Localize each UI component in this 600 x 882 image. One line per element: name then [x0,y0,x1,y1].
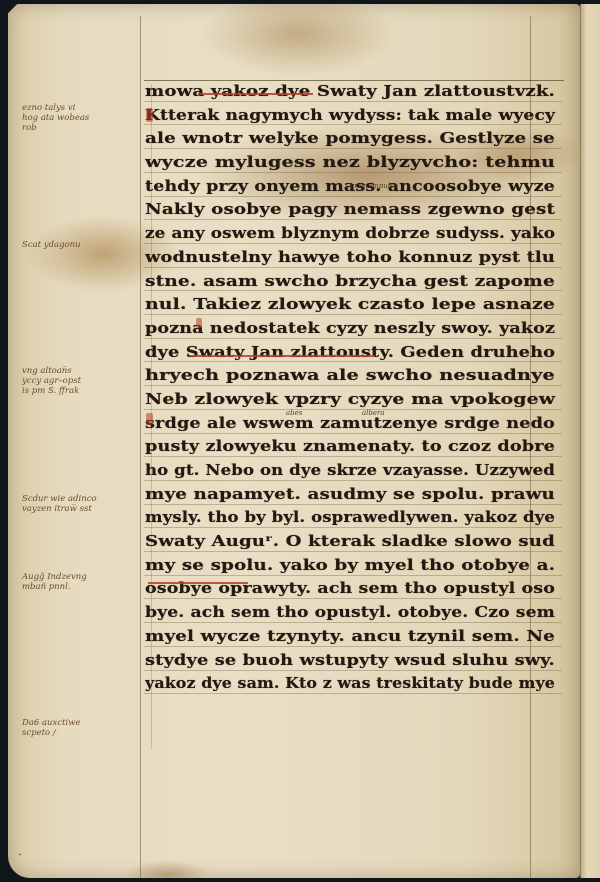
text-line-2: Ktterak nagymych wydyss: tak male wyecy [145,104,563,128]
text-line-13: hryech poznawa ale swcho nesuadnye [145,364,563,388]
text-line-8: wodnustelny hawye toho konnuz pyst tlu [145,246,563,270]
margin-note-6: Da6 auxctiwe scpeto / [22,718,140,738]
text-line-1: mowa yakoz dye Swaty Jan zlattoustvzk. [145,80,563,104]
rubric-initial-line-2 [146,108,153,122]
interlinear-gloss-3: albera [362,409,385,417]
left-ruling-line [140,16,141,878]
margin-note-5: Augg̃ Indzevng mbañ pnnl. [22,572,140,592]
text-line-11: pozna nedostatek cyzy neszly swoy. yakoz [145,317,563,341]
text-line-3: ale wnotr welyke pomygess. Gestlyze se [145,127,563,151]
text-line-25: stydye se buoh wstupyty wsud sluhu swy. [145,649,563,673]
text-line-10: nul. Takiez zlowyek czasto lepe asnaze [145,293,563,317]
margin-note-4: Scdur wie adinco vayzen itraw̅ sst [22,494,140,514]
text-line-15: srdge ale wswem zamutzenye srdge nedo [145,412,563,436]
rubric-initial-line-14 [146,413,153,425]
text-line-19: mysly. tho by byl. osprawedlywen. yakoz … [145,506,563,530]
text-line-23: bye. ach sem tho opustyl. otobye. Czo se… [145,601,563,625]
rubric-strike-line-12 [190,355,375,357]
text-line-7: ze any oswem blyznym dobrze sudyss. yako [145,222,563,246]
adjacent-leaf-edge [580,4,600,878]
text-line-16: pusty zlowyeku znamenaty. to czoz dobre [145,435,563,459]
rubric-strike-line-20 [148,582,248,584]
text-line-4: wycze mylugess nez blyzyvcho: tehmu [145,151,563,175]
text-line-17: ho gt. Nebo on dye skrze vzayasse. Uzzyw… [145,459,563,483]
text-line-21: my se spolu. yako by myel tho otobye a. [145,554,563,578]
margin-note-3: vng altoan̅s yccy agr–opst is pm S. ffra… [22,366,140,396]
interlinear-gloss-2: abes [286,409,302,417]
text-line-9: stne. asam swcho brzycha gest zapome [145,270,563,294]
interlinear-gloss-1: in an impulso [350,182,398,190]
margin-note-1: ezno talys vi hog ata wobeas rob [22,103,140,133]
text-line-22: osobye oprawyty. ach sem tho opustyl oso [145,577,563,601]
margin-note-2: Scat ydagonu [22,240,140,250]
text-line-20: Swaty Auguʳ. O kterak sladke slowo sud [145,530,563,554]
stray-ink-mark: ˏ [18,842,22,857]
text-line-12: dye Swaty Jan zlattousty. Geden druheho [145,341,563,365]
manuscript-scan: mowa yakoz dye Swaty Jan zlattoustvzk. K… [0,0,600,882]
text-line-26: yakoz dye sam. Kto z was treskitaty bude… [145,672,563,696]
text-line-24: myel wycze tzynyty. ancu tzynil sem. Ne [145,625,563,649]
text-line-6: Nakly osobye pagy nemass zgewno gest [145,198,563,222]
main-text-block: mowa yakoz dye Swaty Jan zlattoustvzk. K… [145,80,563,696]
rubric-strike-line-1 [198,93,313,95]
text-line-18: mye napamyet. asudmy se spolu. prawu [145,483,563,507]
text-line-14: Neb zlowyek vpzry cyzye ma vpokogew [145,388,563,412]
rubric-initial-line-10 [196,318,202,328]
